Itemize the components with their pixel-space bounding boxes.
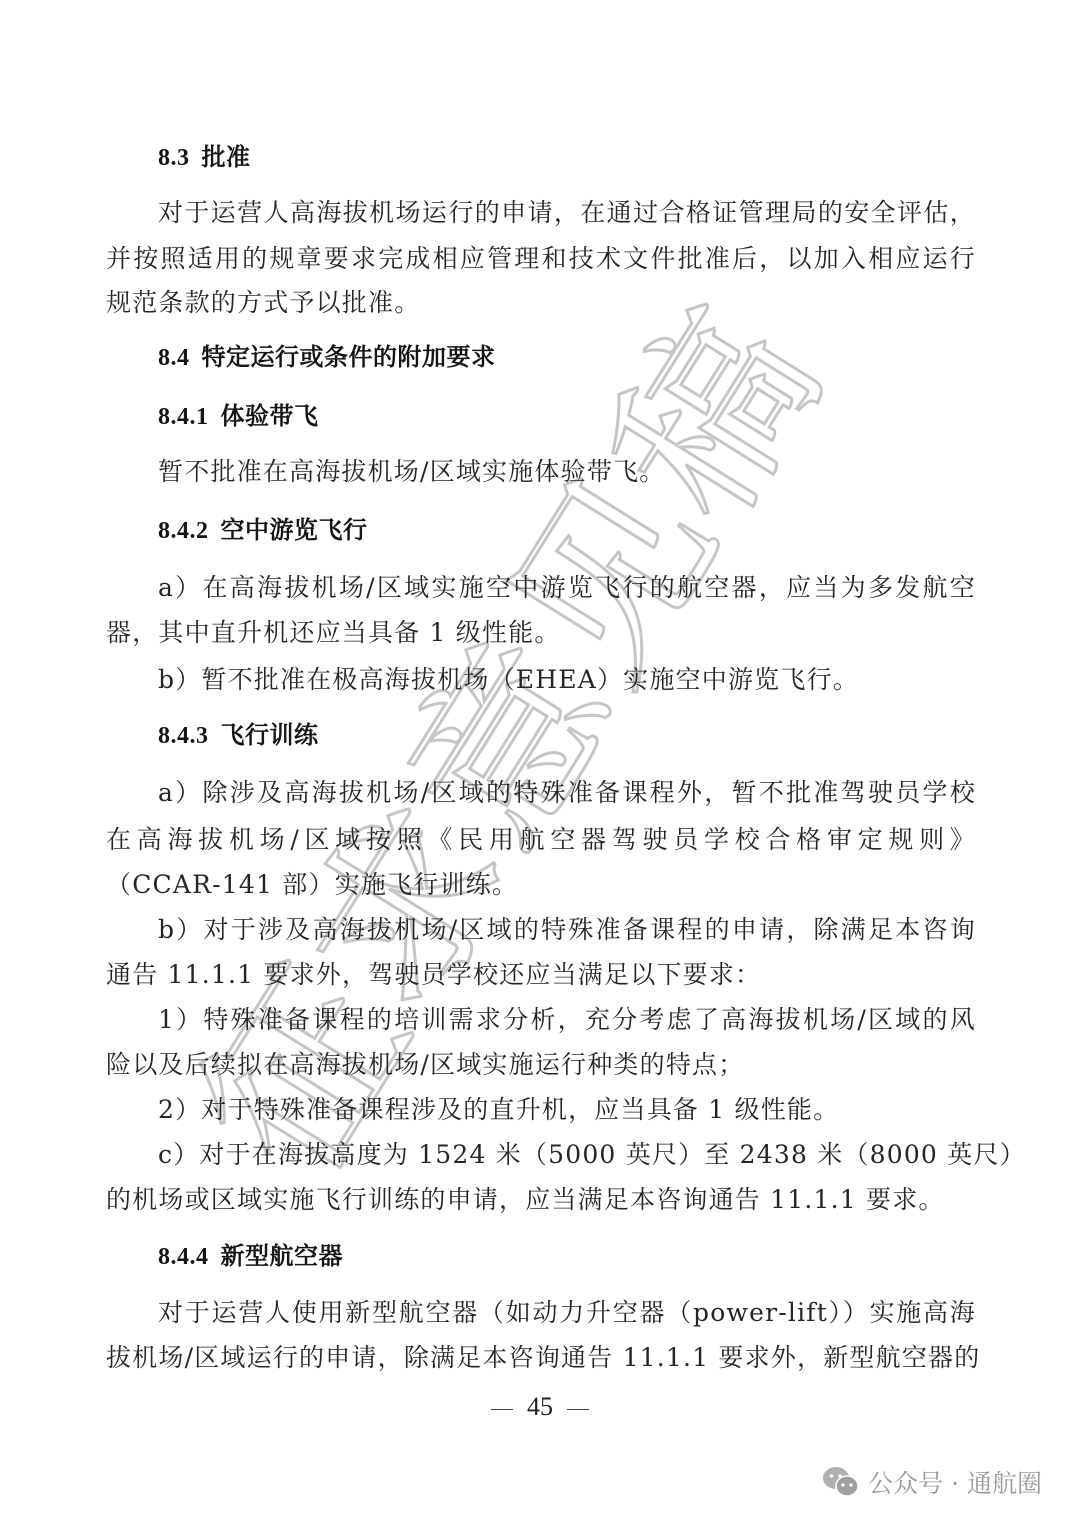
section-number: 8.4	[158, 345, 190, 371]
section-heading-8-4-4: 8.4.4新型航空器	[158, 1239, 343, 1274]
section-heading-8-4-3: 8.4.3飞行训练	[158, 718, 319, 753]
list-item-line: a）在高海拔机场/区域实施空中游览飞行的航空器，应当为多发航空	[158, 571, 976, 605]
section-number: 8.4.2	[158, 518, 209, 544]
wechat-attribution: 公众号 · 通航圈	[822, 1464, 1042, 1500]
section-title: 特定运行或条件的附加要求	[202, 342, 496, 371]
list-item-line: 1）特殊准备课程的培训需求分析，充分考虑了高海拔机场/区域的风	[158, 1003, 976, 1037]
wechat-icon	[822, 1466, 860, 1498]
section-heading-8-4-2: 8.4.2空中游览飞行	[158, 513, 368, 548]
list-item-line: 通告 11.1.1 要求外，驾驶员学校还应当满足以下要求：	[106, 958, 976, 992]
list-item-line: 的机场或区域实施飞行训练的申请，应当满足本咨询通告 11.1.1 要求。	[106, 1183, 976, 1217]
page-number: 45	[0, 1392, 1080, 1422]
section-title: 批准	[202, 142, 251, 171]
section-heading-8-4: 8.4特定运行或条件的附加要求	[158, 340, 496, 375]
list-item-line: c）对于在海拔高度为 1524 米（5000 英尺）至 2438 米（8000 …	[158, 1138, 976, 1172]
dash-left	[491, 1409, 513, 1410]
list-item-line: 器，其中直升机还应当具备 1 级性能。	[106, 616, 976, 650]
list-item-line: 在高海拔机场/区域按照《民用航空器驾驶员学校合格审定规则》	[106, 823, 976, 857]
paragraph-line: 对于运营人高海拔机场运行的申请，在通过合格证管理局的安全评估，	[158, 196, 976, 230]
section-number: 8.4.4	[158, 1244, 209, 1270]
list-item-line: b）暂不批准在极高海拔机场（EHEA）实施空中游览飞行。	[158, 663, 976, 697]
list-item-line: a）除涉及高海拔机场/区域的特殊准备课程外，暂不批准驾驶员学校	[158, 776, 976, 810]
paragraph-line: 拔机场/区域运行的申请，除满足本咨询通告 11.1.1 要求外，新型航空器的	[106, 1341, 976, 1375]
list-item-line: 险以及后续拟在高海拔机场/区域实施运行种类的特点；	[106, 1048, 976, 1082]
section-title: 飞行训练	[221, 720, 319, 749]
document-page: 征求意见稿 8.3批准 对于运营人高海拔机场运行的申请，在通过合格证管理局的安全…	[0, 0, 1080, 1527]
footer-label: 公众号 · 通航圈	[868, 1464, 1042, 1500]
paragraph-line: 规范条款的方式予以批准。	[106, 286, 976, 320]
section-title: 体验带飞	[221, 401, 319, 430]
section-number: 8.3	[158, 145, 190, 171]
list-item-line: b）对于涉及高海拔机场/区域的特殊准备课程的申请，除满足本咨询	[158, 913, 976, 947]
section-heading-8-4-1: 8.4.1体验带飞	[158, 399, 319, 434]
paragraph-line: 对于运营人使用新型航空器（如动力升空器（power-lift））实施高海	[158, 1296, 976, 1330]
list-item-line: （CCAR-141 部）实施飞行训练。	[106, 868, 976, 902]
page-number-value: 45	[527, 1392, 553, 1421]
section-number: 8.4.1	[158, 404, 209, 430]
list-item-line: 2）对于特殊准备课程涉及的直升机，应当具备 1 级性能。	[158, 1093, 976, 1127]
section-title: 新型航空器	[221, 1241, 344, 1270]
section-heading-8-3: 8.3批准	[158, 140, 251, 175]
paragraph-line: 暂不批准在高海拔机场/区域实施体验带飞。	[158, 455, 976, 489]
section-number: 8.4.3	[158, 723, 209, 749]
section-title: 空中游览飞行	[221, 515, 368, 544]
paragraph-line: 并按照适用的规章要求完成相应管理和技术文件批准后，以加入相应运行	[106, 242, 976, 276]
dash-right	[567, 1409, 589, 1410]
